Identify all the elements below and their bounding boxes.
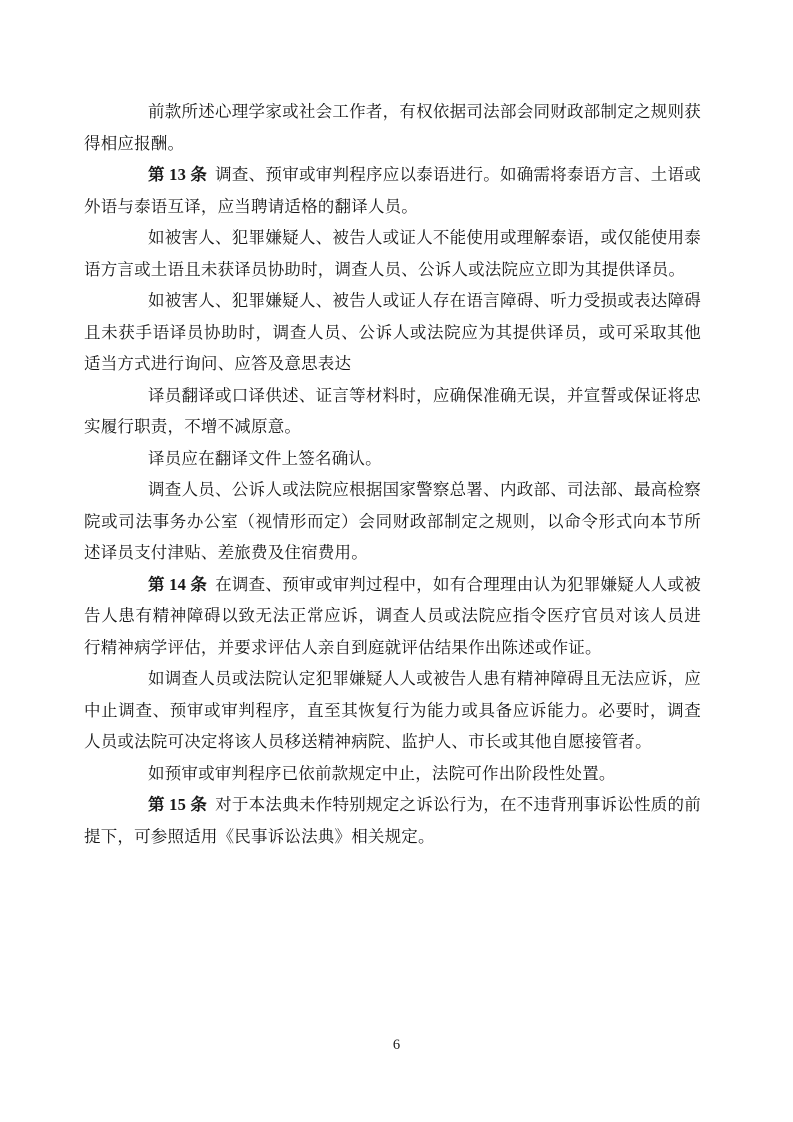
paragraph: 前款所述心理学家或社会工作者，有权依据司法部会同财政部制定之规则获得相应报酬。 — [84, 96, 701, 159]
article-paragraph: 第 14 条在调查、预审或审判过程中，如有合理理由认为犯罪嫌疑人人或被告人患有精… — [84, 569, 701, 664]
article-number: 第 14 条 — [148, 575, 207, 594]
page-footer: 6 — [0, 1035, 793, 1055]
paragraph-text: 译员应在翻译文件上签名确认。 — [148, 449, 382, 468]
paragraph-text: 译员翻译或口译供述、证言等材料时，应确保准确无误，并宣誓或保证将忠实履行职责，不… — [84, 386, 701, 437]
paragraph: 如被害人、犯罪嫌疑人、被告人或证人存在语言障碍、听力受损或表达障碍且未获手语译员… — [84, 285, 701, 380]
paragraph: 译员应在翻译文件上签名确认。 — [84, 443, 701, 475]
paragraph-text: 前款所述心理学家或社会工作者，有权依据司法部会同财政部制定之规则获得相应报酬。 — [84, 102, 701, 153]
paragraph-text: 如预审或审判程序已依前款规定中止，法院可作出阶段性处置。 — [148, 764, 616, 783]
document-page: 前款所述心理学家或社会工作者，有权依据司法部会同财政部制定之规则获得相应报酬。第… — [0, 0, 793, 1122]
page-number: 6 — [393, 1037, 400, 1053]
document-body: 前款所述心理学家或社会工作者，有权依据司法部会同财政部制定之规则获得相应报酬。第… — [84, 96, 701, 852]
article-paragraph: 第 15 条对于本法典未作特别规定之诉讼行为，在不违背刑事诉讼性质的前提下，可参… — [84, 789, 701, 852]
paragraph: 调查人员、公诉人或法院应根据国家警察总署、内政部、司法部、最高检察院或司法事务办… — [84, 474, 701, 569]
article-number: 第 15 条 — [148, 795, 207, 814]
article-number: 第 13 条 — [148, 165, 207, 184]
paragraph: 如被害人、犯罪嫌疑人、被告人或证人不能使用或理解泰语，或仅能使用泰语方言或土语且… — [84, 222, 701, 285]
paragraph: 如调查人员或法院认定犯罪嫌疑人人或被告人患有精神障碍且无法应诉，应中止调查、预审… — [84, 663, 701, 758]
paragraph: 如预审或审判程序已依前款规定中止，法院可作出阶段性处置。 — [84, 758, 701, 790]
paragraph-text: 如被害人、犯罪嫌疑人、被告人或证人不能使用或理解泰语，或仅能使用泰语方言或土语且… — [84, 228, 701, 279]
paragraph-text: 如被害人、犯罪嫌疑人、被告人或证人存在语言障碍、听力受损或表达障碍且未获手语译员… — [84, 291, 701, 373]
paragraph-text: 调查人员、公诉人或法院应根据国家警察总署、内政部、司法部、最高检察院或司法事务办… — [84, 480, 701, 562]
article-paragraph: 第 13 条调查、预审或审判程序应以泰语进行。如确需将泰语方言、土语或外语与泰语… — [84, 159, 701, 222]
paragraph: 译员翻译或口译供述、证言等材料时，应确保准确无误，并宣誓或保证将忠实履行职责，不… — [84, 380, 701, 443]
paragraph-text: 如调查人员或法院认定犯罪嫌疑人人或被告人患有精神障碍且无法应诉，应中止调查、预审… — [84, 669, 701, 751]
